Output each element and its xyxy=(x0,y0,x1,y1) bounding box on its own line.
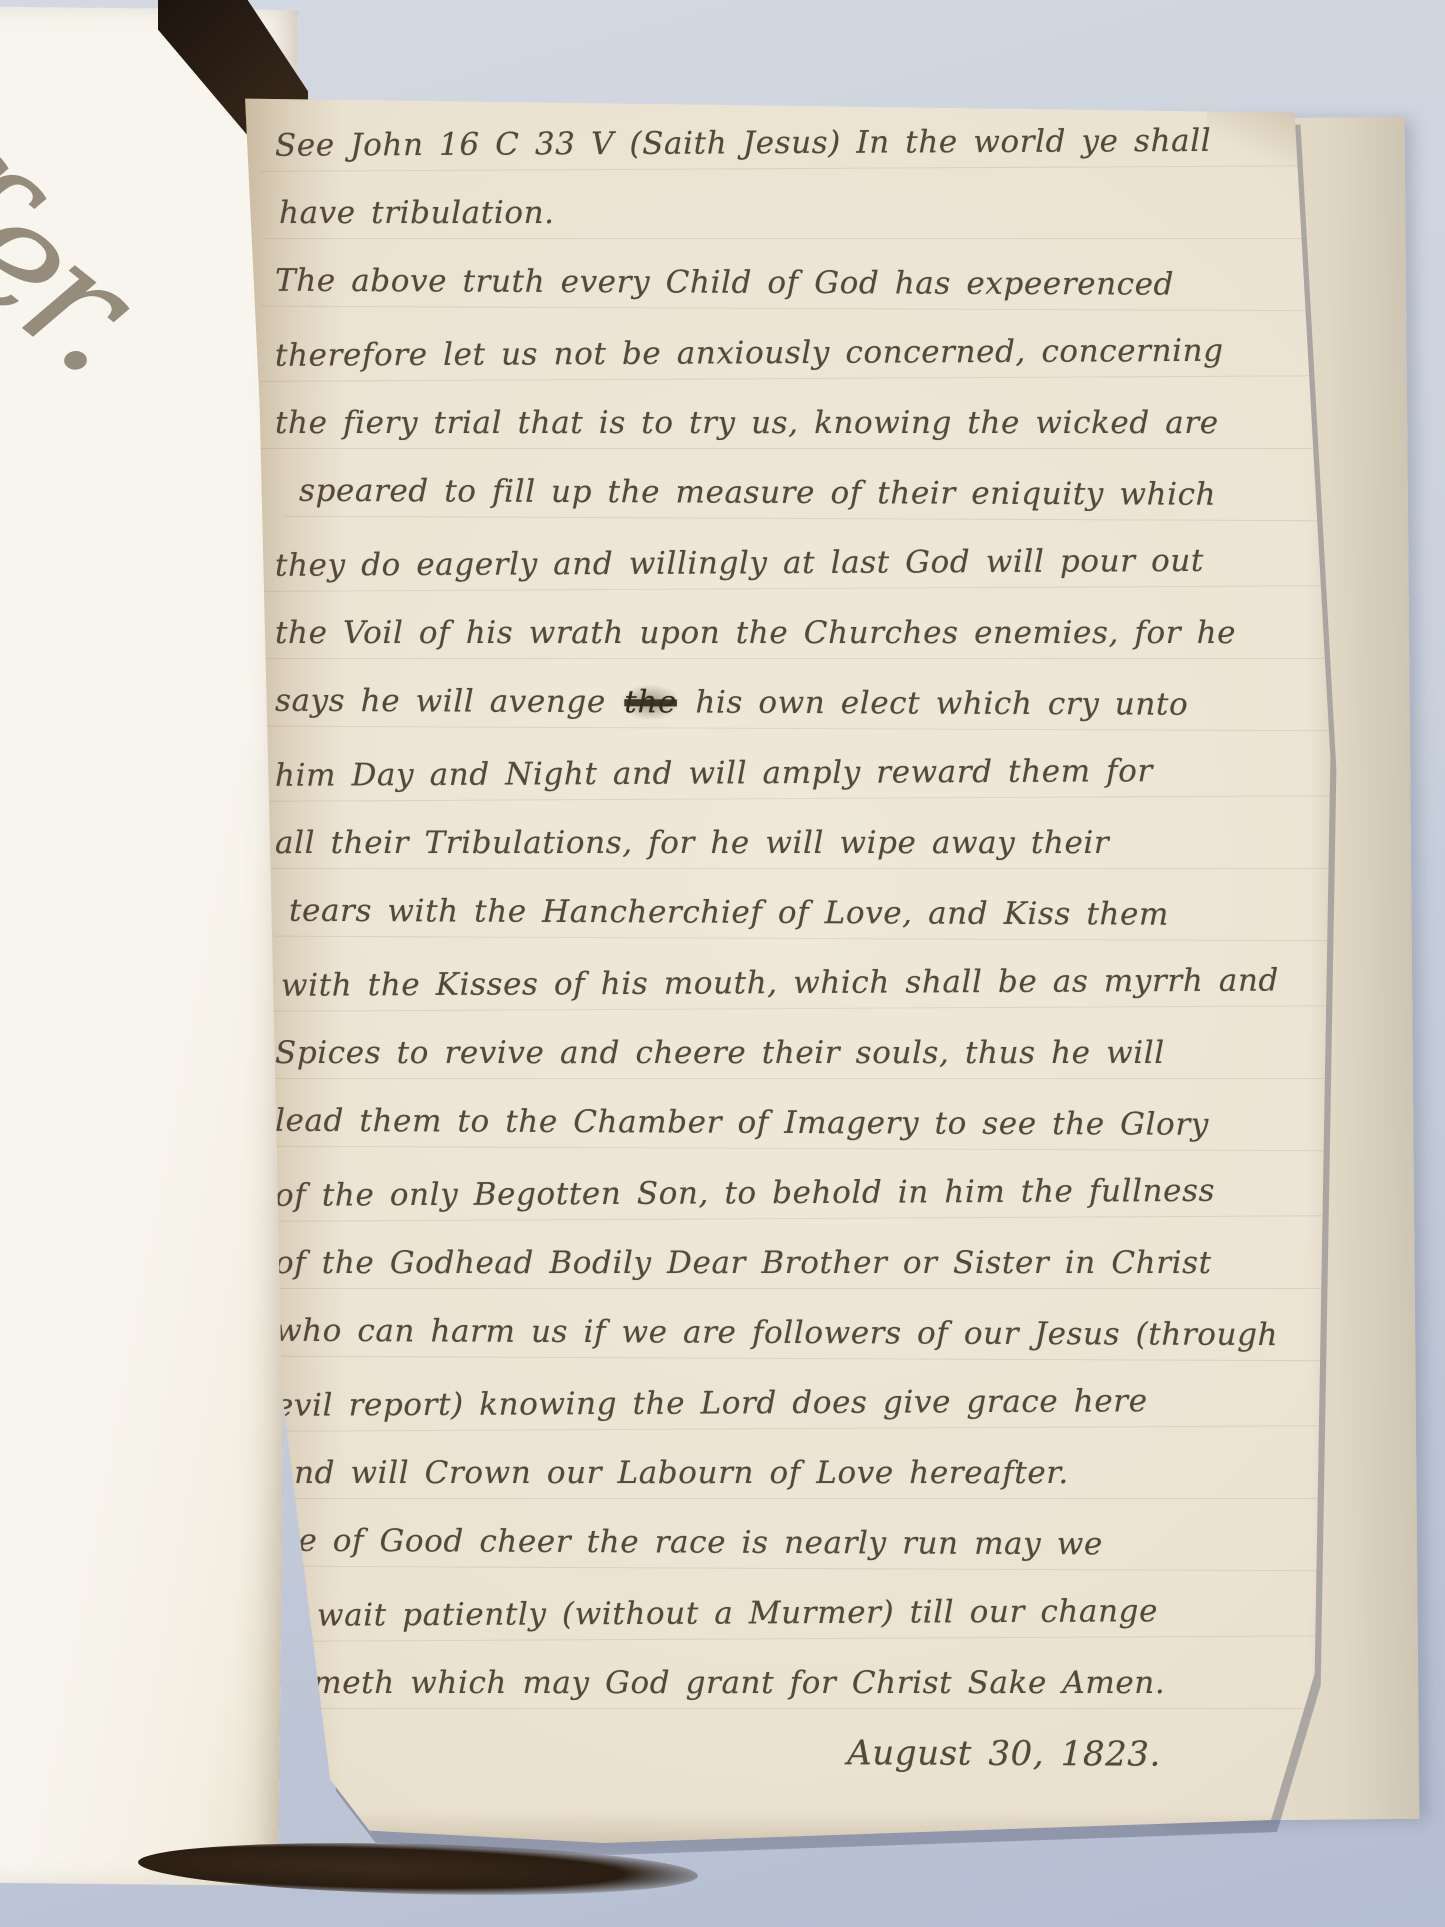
manuscript-line: the Voil of his wrath upon the Churches … xyxy=(275,598,1329,668)
book-photo: aſſer. See John 16 C 33 V (Saith Jesus) … xyxy=(0,0,1445,1927)
manuscript-line: speared to fill up the measure of their … xyxy=(299,456,1329,530)
manuscript-line: all their Tribulations, for he will wipe… xyxy=(275,808,1329,878)
manuscript-line: him Day and Night and will amply reward … xyxy=(275,735,1329,811)
manuscript-line: of the Godhead Bodily Dear Brother or Si… xyxy=(275,1228,1329,1298)
manuscript-line: cometh which may God grant for Christ Sa… xyxy=(275,1648,1329,1718)
manuscript-line: lead them to the Chamber of Imagery to s… xyxy=(275,1086,1329,1161)
manuscript-page: See John 16 C 33 V (Saith Jesus) In the … xyxy=(235,88,1355,1850)
struck-word: the xyxy=(621,684,680,720)
manuscript-line: evil report) knowing the Lord does give … xyxy=(275,1365,1329,1441)
manuscript-line: The above truth every Child of God has e… xyxy=(275,246,1329,321)
manuscript-line: August 30, 1823. xyxy=(275,1716,1329,1791)
left-page: aſſer. xyxy=(0,6,298,1886)
manuscript-line: tears with the Hancherchief of Love, and… xyxy=(289,876,1329,951)
manuscript-line: have tribulation. xyxy=(279,178,1329,248)
manuscript-line: See John 16 C 33 V (Saith Jesus) In the … xyxy=(275,105,1329,181)
manuscript-lines: See John 16 C 33 V (Saith Jesus) In the … xyxy=(275,108,1329,1788)
manuscript-line: therefore let us not be anxiously concer… xyxy=(275,315,1329,391)
manuscript-line: with the Kisses of his mouth, which shal… xyxy=(281,945,1329,1020)
manuscript-line: Spices to revive and cheere their souls,… xyxy=(275,1018,1329,1088)
manuscript-line: wait patiently (without a Murmer) till o… xyxy=(317,1575,1329,1650)
manuscript-line: who can harm us if we are followers of o… xyxy=(275,1296,1329,1371)
manuscript-line: the fiery trial that is to try us, knowi… xyxy=(275,388,1329,458)
manuscript-line: Be of Good cheer the race is nearly run … xyxy=(275,1506,1329,1581)
manuscript-line: says he will avenge the his own elect wh… xyxy=(275,666,1329,741)
manuscript-line: and will Crown our Labourn of Love herea… xyxy=(275,1438,1329,1508)
manuscript-line: of the only Begotten Son, to behold in h… xyxy=(275,1155,1329,1231)
flourish-inscription: aſſer. xyxy=(0,42,173,406)
manuscript-line: they do eagerly and willingly at last Go… xyxy=(275,525,1329,601)
